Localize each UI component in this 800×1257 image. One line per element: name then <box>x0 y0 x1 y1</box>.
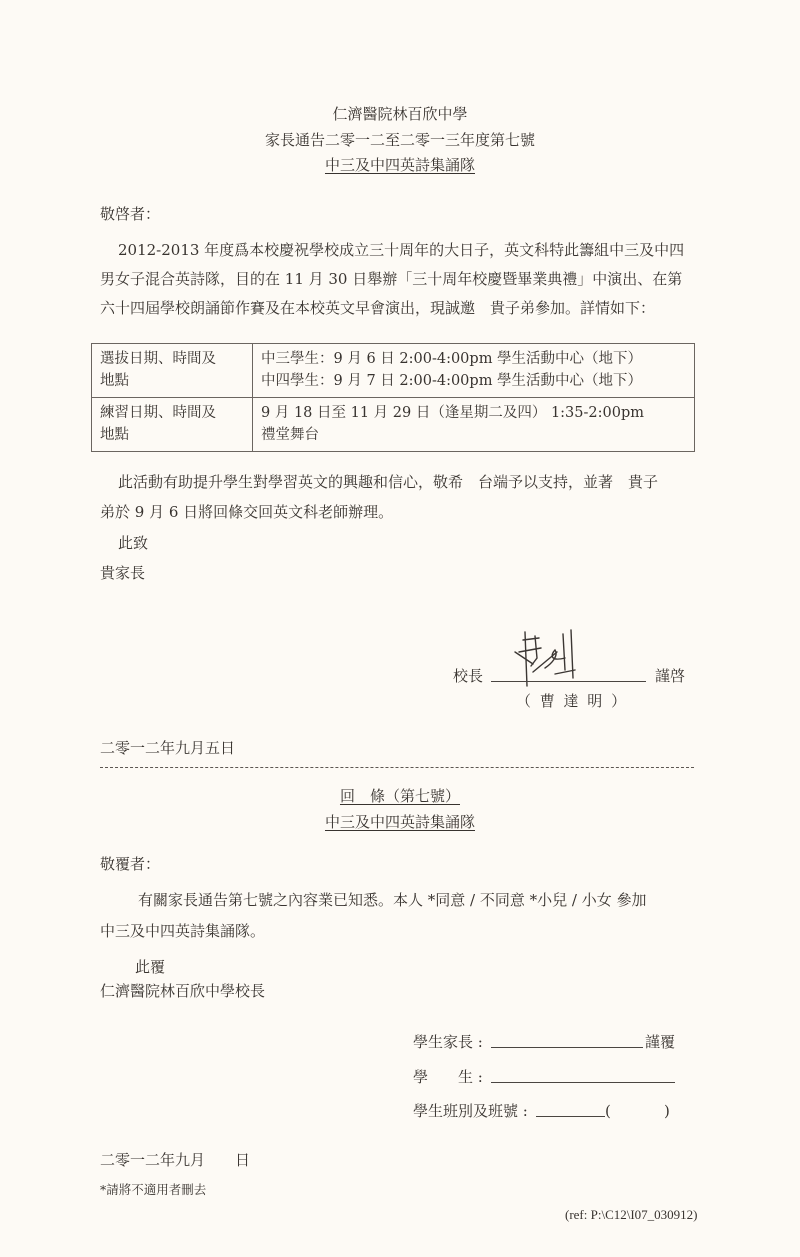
class-field[interactable] <box>536 1116 605 1117</box>
reply-closing: 此覆 <box>135 957 165 977</box>
cut-line <box>100 767 694 768</box>
signature-line <box>491 681 646 682</box>
table-cell-label: 選拔日期、時間及 地點 <box>92 344 253 398</box>
signoff-suffix: 謹啓 <box>655 666 685 686</box>
parent-signature-field[interactable] <box>491 1047 643 1048</box>
closing: 此致 <box>118 533 148 553</box>
reply-body-line1: 有關家長通告第七號之內容業已知悉。本人 *同意 / 不同意 *小兒 / 小女 參… <box>138 890 647 910</box>
parent-signature-label: 學生家長 : <box>413 1032 483 1052</box>
table-cell-label: 練習日期、時間及 地點 <box>92 398 253 452</box>
notice-subject: 中三及中四英詩集誦隊 <box>325 156 475 174</box>
notice-number: 家長通告二零一二至二零一三年度第七號 <box>0 130 800 150</box>
paragraph2-line1: 此活動有助提升學生對學習英文的興趣和信心，敬希 台端予以支持，並著 貴子 <box>118 472 658 492</box>
row-label-line2: 地點 <box>100 370 246 392</box>
row-value-line1: 9 月 18 日至 11 月 29 日（逢星期二及四） 1:35-2:00pm <box>261 402 688 424</box>
signature-icon <box>505 628 595 688</box>
letter-date: 二零一二年九月五日 <box>100 738 235 758</box>
parent-signature-suffix: 謹覆 <box>645 1032 675 1052</box>
row-label-line1: 練習日期、時間及 <box>100 402 246 424</box>
reply-slip-title-row: 回 條（第七號） <box>0 786 800 806</box>
reply-salutation: 敬覆者： <box>100 854 160 874</box>
table-cell-value: 9 月 18 日至 11 月 29 日（逢星期二及四） 1:35-2:00pm … <box>253 398 695 452</box>
table-row-practice: 練習日期、時間及 地點 9 月 18 日至 11 月 29 日（逢星期二及四） … <box>92 398 695 452</box>
reply-addressee: 仁濟醫院林百欣中學校長 <box>100 981 265 1001</box>
reply-slip-subject-row: 中三及中四英詩集誦隊 <box>0 812 800 832</box>
student-name-label: 學 生 : <box>413 1067 483 1087</box>
row-value-line2: 中四學生：9 月 7 日 2:00-4:00pm 學生活動中心（地下） <box>261 370 688 392</box>
paragraph1-line1: 2012-2013 年度爲本校慶祝學校成立三十周年的大日子，英文科特此籌組中三及… <box>118 240 684 260</box>
table-row-selection: 選拔日期、時間及 地點 中三學生：9 月 6 日 2:00-4:00pm 學生活… <box>92 344 695 398</box>
reply-slip-subject: 中三及中四英詩集誦隊 <box>325 813 475 831</box>
details-table: 選拔日期、時間及 地點 中三學生：9 月 6 日 2:00-4:00pm 學生活… <box>91 343 695 452</box>
footnote: *請將不適用者刪去 <box>100 1180 206 1198</box>
principal-name: （ 曹 達 明 ） <box>516 691 628 711</box>
paragraph1-line3: 六十四屆學校朗誦節作賽及在本校英文早會演出，現誠邀 貴子弟參加。詳情如下： <box>100 298 655 318</box>
paragraph2-line2: 弟於 9 月 6 日將回條交回英文科老師辦理。 <box>100 502 393 522</box>
paragraph1-line2: 男女子混合英詩隊，目的在 11 月 30 日舉辦「三十周年校慶暨畢業典禮」中演出… <box>100 269 682 289</box>
reference-code: (ref: P:\C12\I07_030912) <box>565 1207 698 1223</box>
table-cell-value: 中三學生：9 月 6 日 2:00-4:00pm 學生活動中心（地下） 中四學生… <box>253 344 695 398</box>
reply-date: 二零一二年九月 日 <box>100 1150 250 1170</box>
row-label-line2: 地點 <box>100 424 246 446</box>
class-number-paren-close: ) <box>664 1101 670 1121</box>
addressee: 貴家長 <box>100 563 145 583</box>
class-number-paren-open: ( <box>605 1101 611 1121</box>
salutation: 敬啓者： <box>100 204 160 224</box>
notice-subject-title: 中三及中四英詩集誦隊 <box>0 155 800 175</box>
class-number-label: 學生班別及班號 : <box>413 1101 528 1121</box>
principal-title: 校長 <box>453 666 483 686</box>
student-name-field[interactable] <box>491 1082 675 1083</box>
row-value-line1: 中三學生：9 月 6 日 2:00-4:00pm 學生活動中心（地下） <box>261 348 688 370</box>
school-name: 仁濟醫院林百欣中學 <box>0 104 800 124</box>
reply-slip-title: 回 條（第七號） <box>340 787 460 805</box>
row-label-line1: 選拔日期、時間及 <box>100 348 246 370</box>
reply-body-line2: 中三及中四英詩集誦隊。 <box>100 921 265 941</box>
row-value-line2: 禮堂舞台 <box>261 424 688 446</box>
